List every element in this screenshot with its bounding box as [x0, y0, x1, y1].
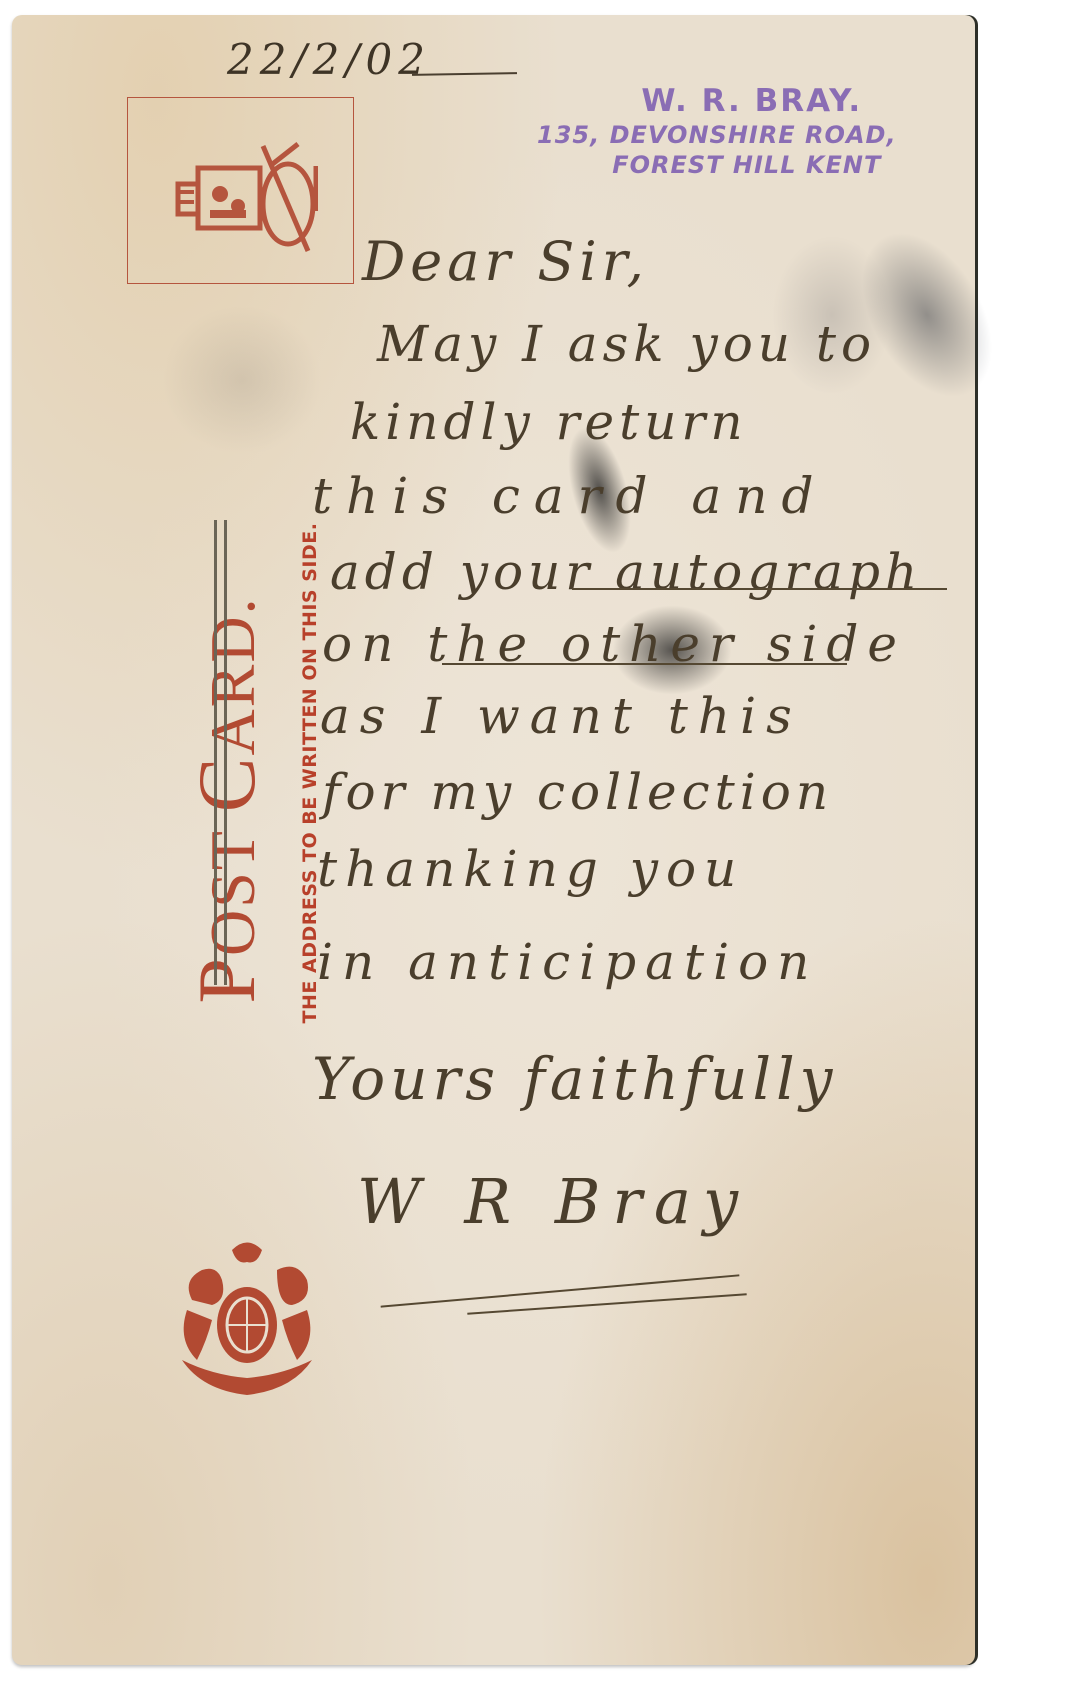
other-side-underline [442, 663, 847, 665]
autograph-underline [572, 588, 947, 590]
signature-flourish [467, 1293, 746, 1315]
signature: W R Bray [357, 1165, 750, 1238]
stamp-box [127, 97, 354, 284]
post-card-title: POST CARD. [180, 596, 274, 1003]
message-line: May I ask you to [377, 315, 876, 373]
stamp-address-line1: 135, DEVONSHIRE ROAD, [537, 121, 897, 149]
signature-flourish [381, 1274, 740, 1307]
postcard: 22/2/02 W. R. BRAY. 135, DEVONSHIRE ROAD… [12, 15, 975, 1665]
artist-palette-emblem-icon [158, 126, 318, 256]
message-line: Dear Sir, [362, 230, 649, 293]
date-underline [412, 72, 517, 76]
message-line: for my collection [322, 763, 833, 821]
closing-line: Yours faithfully [312, 1045, 837, 1113]
message-line: as I want this [320, 687, 802, 745]
message-line: thanking you [317, 840, 744, 898]
royal-coat-of-arms-icon [172, 1240, 322, 1400]
stamp-name: W. R. BRAY. [607, 83, 897, 119]
sender-rubber-stamp: W. R. BRAY. 135, DEVONSHIRE ROAD, FOREST… [537, 83, 897, 179]
strikethrough-line [214, 520, 217, 985]
stamp-address-line2: FOREST HILL KENT [597, 151, 897, 179]
message-line: in anticipation [317, 933, 818, 991]
message-line: this card and [312, 467, 827, 525]
message-line: add your autograph [330, 543, 922, 601]
strikethrough-line [224, 520, 227, 985]
handwritten-date: 22/2/02 [227, 35, 431, 84]
message-line: kindly return [350, 393, 748, 451]
emboss-shadow [162, 305, 322, 455]
